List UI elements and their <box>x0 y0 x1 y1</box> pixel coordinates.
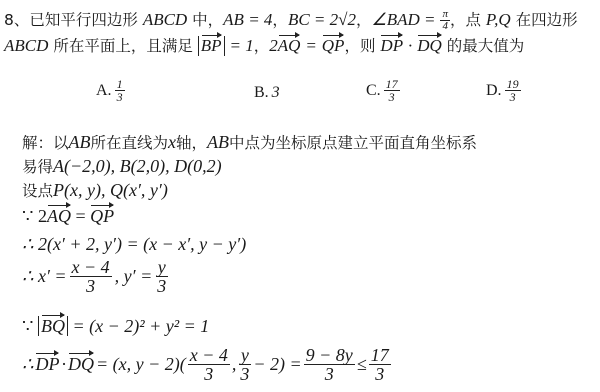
vector-dq: DQ <box>417 36 442 56</box>
vector-aq: AQ <box>278 36 301 56</box>
solution-line-6: ∴ x′ = x − 43 , y′ = y3 <box>22 258 168 295</box>
option-c[interactable]: C. 173 <box>366 78 400 103</box>
angle-bad: ∠BAD = <box>371 10 435 29</box>
question-number: 8、 <box>4 11 29 29</box>
option-d[interactable]: D. 193 <box>486 78 521 103</box>
solution-line-3: 设点P(x, y), Q(x′, y′) <box>22 179 168 201</box>
solution-line-4: ∵ 2AQ = QP <box>22 206 114 227</box>
vector-qp: QP <box>322 36 345 56</box>
solution-line-5: ∴ 2(x′ + 2, y′) = (x − x′, y − y′) <box>22 234 246 255</box>
quad-name: ABCD <box>143 10 187 29</box>
option-b[interactable]: B. 3 <box>254 84 280 102</box>
question-line-1: 8、已知平行四边形 ABCD 中，AB = 4，BC = 2√2，∠BAD = … <box>4 8 578 32</box>
solution-line-7: ∵ BQ = (x − 2)² + y² = 1 <box>22 316 209 337</box>
question-line-2: ABCD 所在平面上，且满足 BP = 1，2AQ = QP，则 DP · DQ… <box>4 34 524 56</box>
option-a[interactable]: A. 13 <box>96 78 125 103</box>
angle-fraction: π4 <box>440 9 450 32</box>
solution-line-8: ∴ DP · DQ = (x, y − 2)( x − 43 , y3 − 2)… <box>22 346 391 383</box>
solution-line-2: 易得A(−2,0), B(2,0), D(0,2) <box>22 155 222 177</box>
ab-length: AB = 4 <box>223 10 272 29</box>
vector-dp: DP <box>380 36 403 56</box>
bc-length: BC = 2√2 <box>288 10 356 29</box>
abs-bp: BP <box>198 36 225 56</box>
solution-line-1: 解：以AB所在直线为x轴，AB中点为坐标原点建立平面直角坐标系 <box>22 131 477 153</box>
